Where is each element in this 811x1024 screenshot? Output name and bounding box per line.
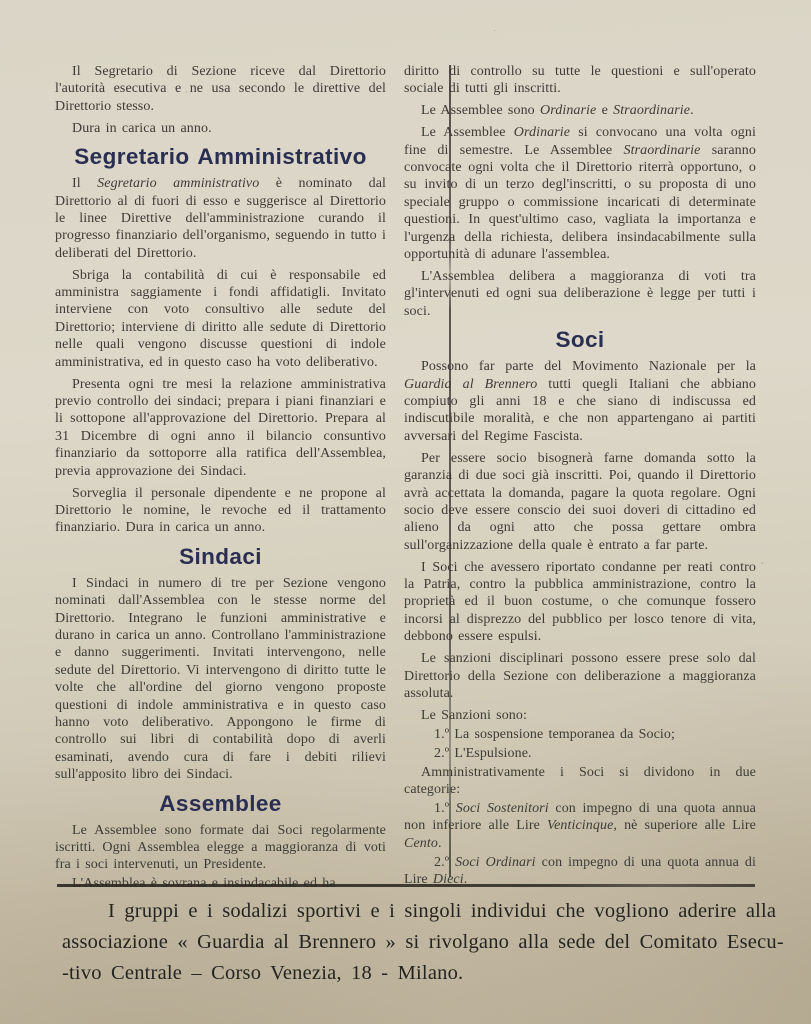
- two-column-text-area: Il Segretario di Sezione riceve dal Dire…: [55, 63, 756, 897]
- paragraph: Le Sanzioni sono:: [404, 707, 756, 724]
- paragraph: Le Assemblee sono Ordinarie e Straordina…: [404, 102, 756, 119]
- paragraph: Dura in carica un anno.: [55, 120, 386, 137]
- paragraph: Il Segretario di Sezione riceve dal Dire…: [55, 63, 386, 115]
- section-heading: Soci: [404, 327, 756, 353]
- paragraph: Presenta ogni tre mesi la relazione ammi…: [55, 376, 386, 480]
- paragraph: Le Assemblee sono formate dai Soci regol…: [55, 822, 386, 874]
- paragraph: Le Assemblee Ordinarie si convocano una …: [404, 124, 756, 263]
- section-heading: Segretario Amministrativo: [55, 144, 386, 170]
- column-divider-line: [449, 65, 451, 877]
- scanned-page: Il Segretario di Sezione riceve dal Dire…: [0, 0, 811, 1024]
- footer-rule: [57, 884, 755, 887]
- paragraph: Per essere socio bisognerà farne domanda…: [404, 450, 756, 554]
- paragraph: 1.º Soci Sostenitori con impegno di una …: [404, 800, 756, 852]
- paragraph: diritto di controllo su tutte le questio…: [404, 63, 756, 98]
- right-column: diritto di controllo su tutte le questio…: [404, 63, 756, 897]
- paragraph: Le sanzioni disciplinari possono essere …: [404, 650, 756, 702]
- paragraph: Possono far parte del Movimento Nazional…: [404, 358, 756, 445]
- paragraph: Sorveglia il personale dipendente e ne p…: [55, 485, 386, 537]
- paragraph: L'Assemblea delibera a maggioranza di vo…: [404, 268, 756, 320]
- footer-notice: I gruppi e i sodalizi sportivi e i singo…: [62, 896, 758, 989]
- left-column: Il Segretario di Sezione riceve dal Dire…: [55, 63, 386, 897]
- footer-line: associazione « Guardia al Brennero » si …: [62, 927, 758, 958]
- paragraph: Il Segretario amministrativo è nominato …: [55, 175, 386, 262]
- paragraph: I Sindaci in numero di tre per Sezione v…: [55, 575, 386, 784]
- paragraph: Amministrativamente i Soci si dividono i…: [404, 764, 756, 799]
- paragraph: 1.º La sospensione temporanea da Socio;: [404, 726, 756, 743]
- paragraph: Sbriga la contabilità di cui è responsab…: [55, 267, 386, 371]
- section-heading: Assemblee: [55, 791, 386, 817]
- footer-line: I gruppi e i sodalizi sportivi e i singo…: [62, 896, 758, 927]
- section-heading: Sindaci: [55, 544, 386, 570]
- paragraph: I Soci che avessero riportato condanne p…: [404, 559, 756, 646]
- paragraph: 2.º L'Espulsione.: [404, 745, 756, 762]
- footer-line: -tivo Centrale – Corso Venezia, 18 - Mil…: [62, 958, 758, 989]
